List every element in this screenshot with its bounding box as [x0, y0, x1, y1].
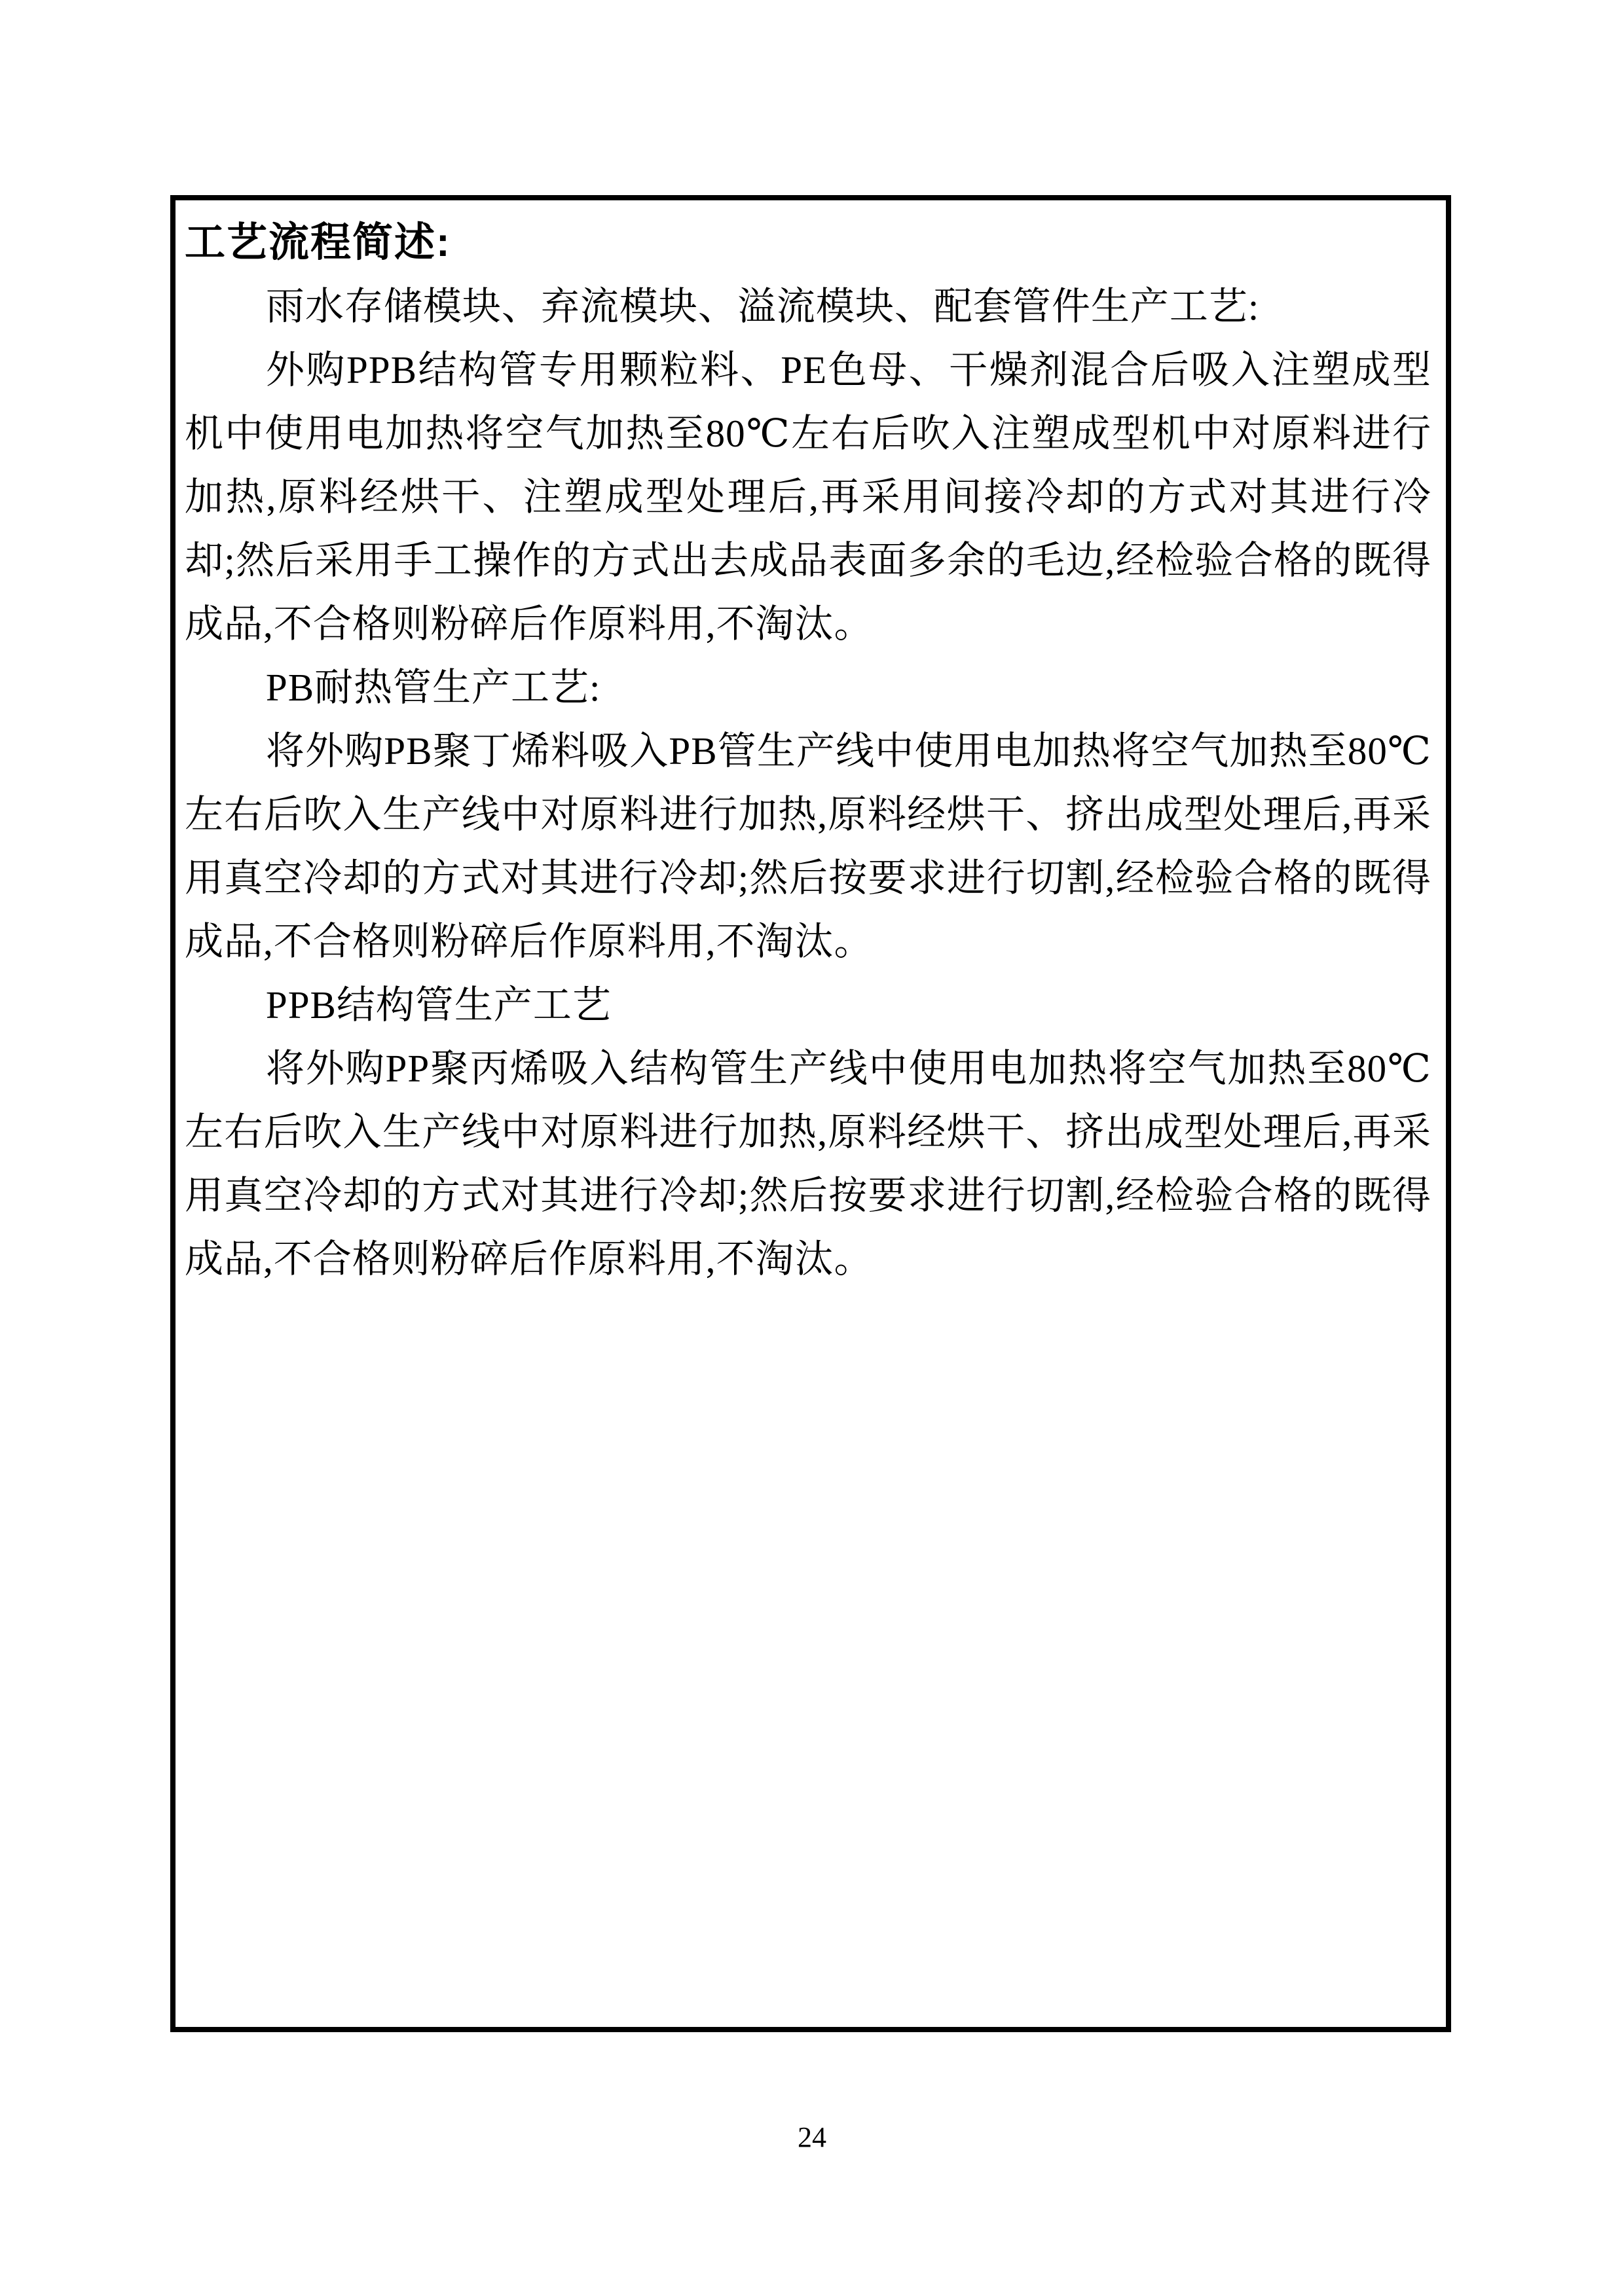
paragraph: 雨水存储模块、弃流模块、溢流模块、配套管件生产工艺:: [185, 275, 1431, 338]
paragraph: 将外购PP聚丙烯吸入结构管生产线中使用电加热将空气加热至80℃左右后吹入生产线中…: [185, 1037, 1431, 1291]
process-description-cell: 工艺流程简述: 雨水存储模块、弃流模块、溢流模块、配套管件生产工艺:外购PPB结…: [170, 195, 1451, 2032]
section-heading: 工艺流程简述:: [185, 211, 1431, 275]
page-number: 24: [0, 2121, 1624, 2154]
paragraph: PB耐热管生产工艺:: [185, 656, 1431, 720]
paragraph: 外购PPB结构管专用颗粒料、PE色母、干燥剂混合后吸入注塑成型机中使用电加热将空…: [185, 338, 1431, 656]
paragraph: 将外购PB聚丁烯料吸入PB管生产线中使用电加热将空气加热至80℃左右后吹入生产线…: [185, 720, 1431, 974]
paragraph-container: 雨水存储模块、弃流模块、溢流模块、配套管件生产工艺:外购PPB结构管专用颗粒料、…: [185, 275, 1431, 1291]
paragraph: PPB结构管生产工艺: [185, 974, 1431, 1037]
document-page: 工艺流程简述: 雨水存储模块、弃流模块、溢流模块、配套管件生产工艺:外购PPB结…: [0, 0, 1624, 2296]
